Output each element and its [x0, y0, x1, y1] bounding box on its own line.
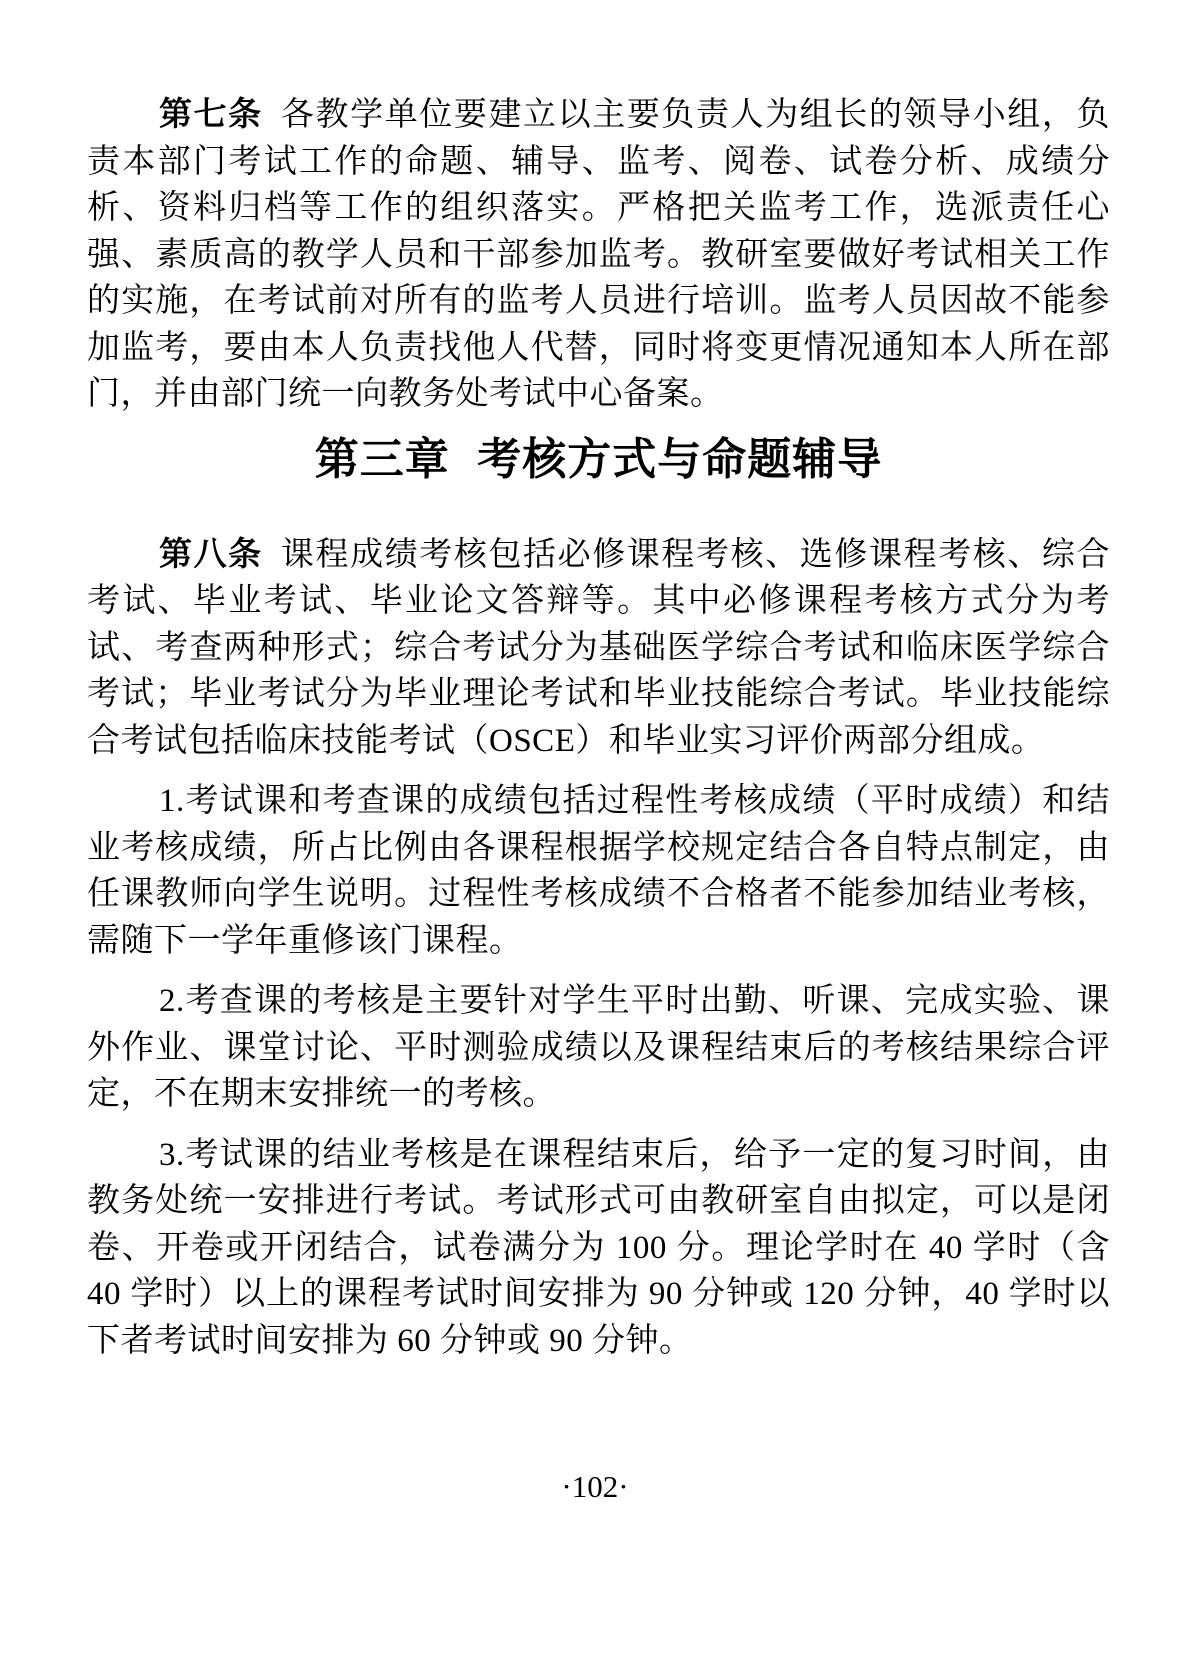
- article-7-text: 各教学单位要建立以主要负责人为组长的领导小组，负责本部门考试工作的命题、辅导、监…: [87, 97, 1110, 412]
- article-8-label: 第八条: [159, 537, 263, 573]
- chapter-heading: 第三章 考核方式与命题辅导: [87, 432, 1110, 488]
- document-page: 第七条各教学单位要建立以主要负责人为组长的领导小组，负责本部门考试工作的命题、辅…: [0, 0, 1190, 1670]
- paragraph-article-7: 第七条各教学单位要建立以主要负责人为组长的领导小组，负责本部门考试工作的命题、辅…: [87, 92, 1110, 418]
- article-7-label: 第七条: [159, 97, 263, 133]
- paragraph-item-2: 2.考查课的考核是主要针对学生平时出勤、听课、完成实验、课外作业、课堂讨论、平时…: [87, 978, 1110, 1118]
- paragraph-item-1: 1.考试课和考查课的成绩包括过程性考核成绩（平时成绩）和结业考核成绩，所占比例由…: [87, 778, 1110, 964]
- paragraph-article-8: 第八条课程成绩考核包括必修课程考核、选修课程考核、综合考试、毕业考试、毕业论文答…: [87, 532, 1110, 765]
- paragraph-item-3: 3.考试课的结业考核是在课程结束后，给予一定的复习时间，由教务处统一安排进行考试…: [87, 1132, 1110, 1365]
- page-number: ·102·: [0, 1467, 1190, 1507]
